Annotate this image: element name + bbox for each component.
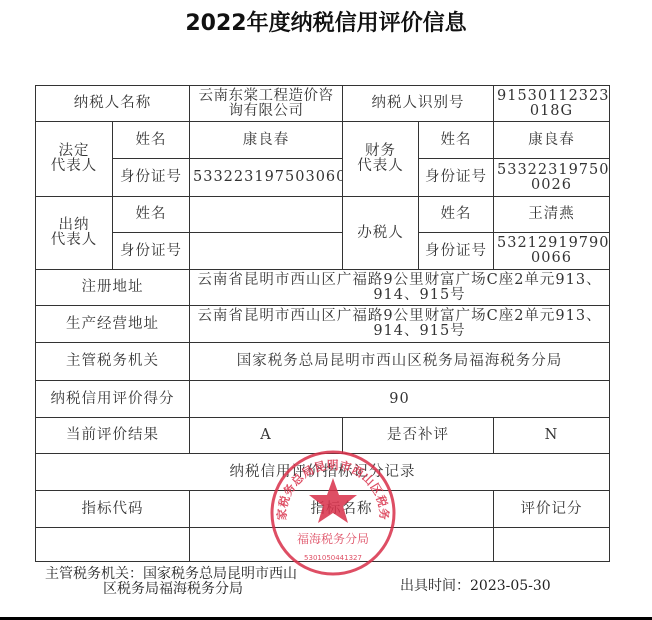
taxpayer-name-label: 纳税人名称 [36, 86, 190, 122]
tax-handler-id-label: 身份证号 [419, 233, 494, 270]
credit-score-value: 90 [190, 381, 610, 418]
credit-info-table: 纳税人名称 云南东棠工程造价咨询有限公司 纳税人识别号 915301123230… [35, 85, 610, 562]
legal-rep-name-label: 姓名 [113, 122, 190, 159]
finance-rep-id-line2: 0026 [531, 177, 572, 193]
finance-rep-label-line1: 财务 [365, 143, 396, 159]
current-result-value: A [190, 418, 343, 454]
footer-authority-line2: 区税务局福海税务分局 [45, 582, 297, 597]
tax-handler-id-line1: 53212919790915 [497, 235, 610, 251]
cashier-rep-name-label: 姓名 [113, 197, 190, 233]
supplement-value: N [494, 418, 610, 454]
cashier-rep-label-line1: 出纳 [59, 217, 90, 233]
indicator-name-header: 指标名称 [190, 491, 494, 528]
current-result-label: 当前评价结果 [36, 418, 190, 454]
tax-handler-id-value: 532129197909150066 [494, 233, 610, 270]
registered-address-line1: 云南省昆明市西山区广福路9公里财富广场C座2单元913、 [197, 272, 601, 288]
business-address-line2: 914、915号 [193, 324, 606, 339]
tax-handler-name-value: 王清燕 [494, 197, 610, 233]
indicator-code-cell [36, 528, 190, 562]
tax-authority-value: 国家税务总局昆明市西山区税务局福海税务分局 [190, 343, 610, 381]
footer-tax-authority: 主管税务机关：国家税务总局昆明市西山 区税务局福海税务分局 [45, 567, 297, 597]
indicator-code-header: 指标代码 [36, 491, 190, 528]
taxpayer-id-line1: 91530112323084 [497, 88, 610, 104]
indicator-section-title: 纳税信用评价指标记分记录 [36, 454, 610, 491]
footer-issue-date: 出具时间：2023-05-30 [400, 575, 551, 595]
taxpayer-id-label: 纳税人识别号 [343, 86, 494, 122]
taxpayer-name-value: 云南东棠工程造价咨询有限公司 [190, 86, 343, 122]
cashier-rep-label: 出纳代表人 [36, 197, 113, 270]
registered-address-label: 注册地址 [36, 270, 190, 306]
cashier-rep-name-value [190, 197, 343, 233]
legal-rep-name-value: 康良春 [190, 122, 343, 159]
legal-rep-label: 法定代表人 [36, 122, 113, 197]
legal-rep-label-line1: 法定 [59, 143, 90, 159]
indicator-score-header: 评价记分 [494, 491, 610, 528]
taxpayer-id-line2: 018G [530, 103, 573, 119]
credit-score-label: 纳税信用评价得分 [36, 381, 190, 418]
legal-rep-id-value: 533223197503060026 [190, 159, 343, 197]
finance-rep-name-label: 姓名 [419, 122, 494, 159]
footer-authority-line1: 主管税务机关：国家税务总局昆明市西山 [45, 566, 297, 582]
business-address-line1: 云南省昆明市西山区广福路9公里财富广场C座2单元913、 [197, 308, 601, 324]
finance-rep-label-line2: 代表人 [357, 158, 404, 174]
business-address-label: 生产经营地址 [36, 306, 190, 343]
tax-handler-name-label: 姓名 [419, 197, 494, 233]
registered-address-value: 云南省昆明市西山区广福路9公里财富广场C座2单元913、914、915号 [190, 270, 610, 306]
finance-rep-id-label: 身份证号 [419, 159, 494, 197]
registered-address-line2: 914、915号 [193, 288, 606, 303]
legal-rep-id-label: 身份证号 [113, 159, 190, 197]
taxpayer-id-value: 91530112323084018G [494, 86, 610, 122]
finance-rep-id-line1: 53322319750306 [497, 162, 610, 178]
finance-rep-name-value: 康良春 [494, 122, 610, 159]
supplement-label: 是否补评 [343, 418, 494, 454]
finance-rep-label: 财务代表人 [343, 122, 419, 197]
tax-handler-id-line2: 0066 [531, 250, 572, 266]
cashier-rep-label-line2: 代表人 [51, 232, 98, 248]
cashier-rep-id-value [190, 233, 343, 270]
indicator-score-cell [494, 528, 610, 562]
business-address-value: 云南省昆明市西山区广福路9公里财富广场C座2单元913、914、915号 [190, 306, 610, 343]
indicator-name-cell [190, 528, 494, 562]
tax-authority-label: 主管税务机关 [36, 343, 190, 381]
finance-rep-id-value: 533223197503060026 [494, 159, 610, 197]
tax-handler-label: 办税人 [343, 197, 419, 270]
page-title: 2022年度纳税信用评价信息 [0, 6, 652, 37]
cashier-rep-id-label: 身份证号 [113, 233, 190, 270]
legal-rep-label-line2: 代表人 [51, 158, 98, 174]
